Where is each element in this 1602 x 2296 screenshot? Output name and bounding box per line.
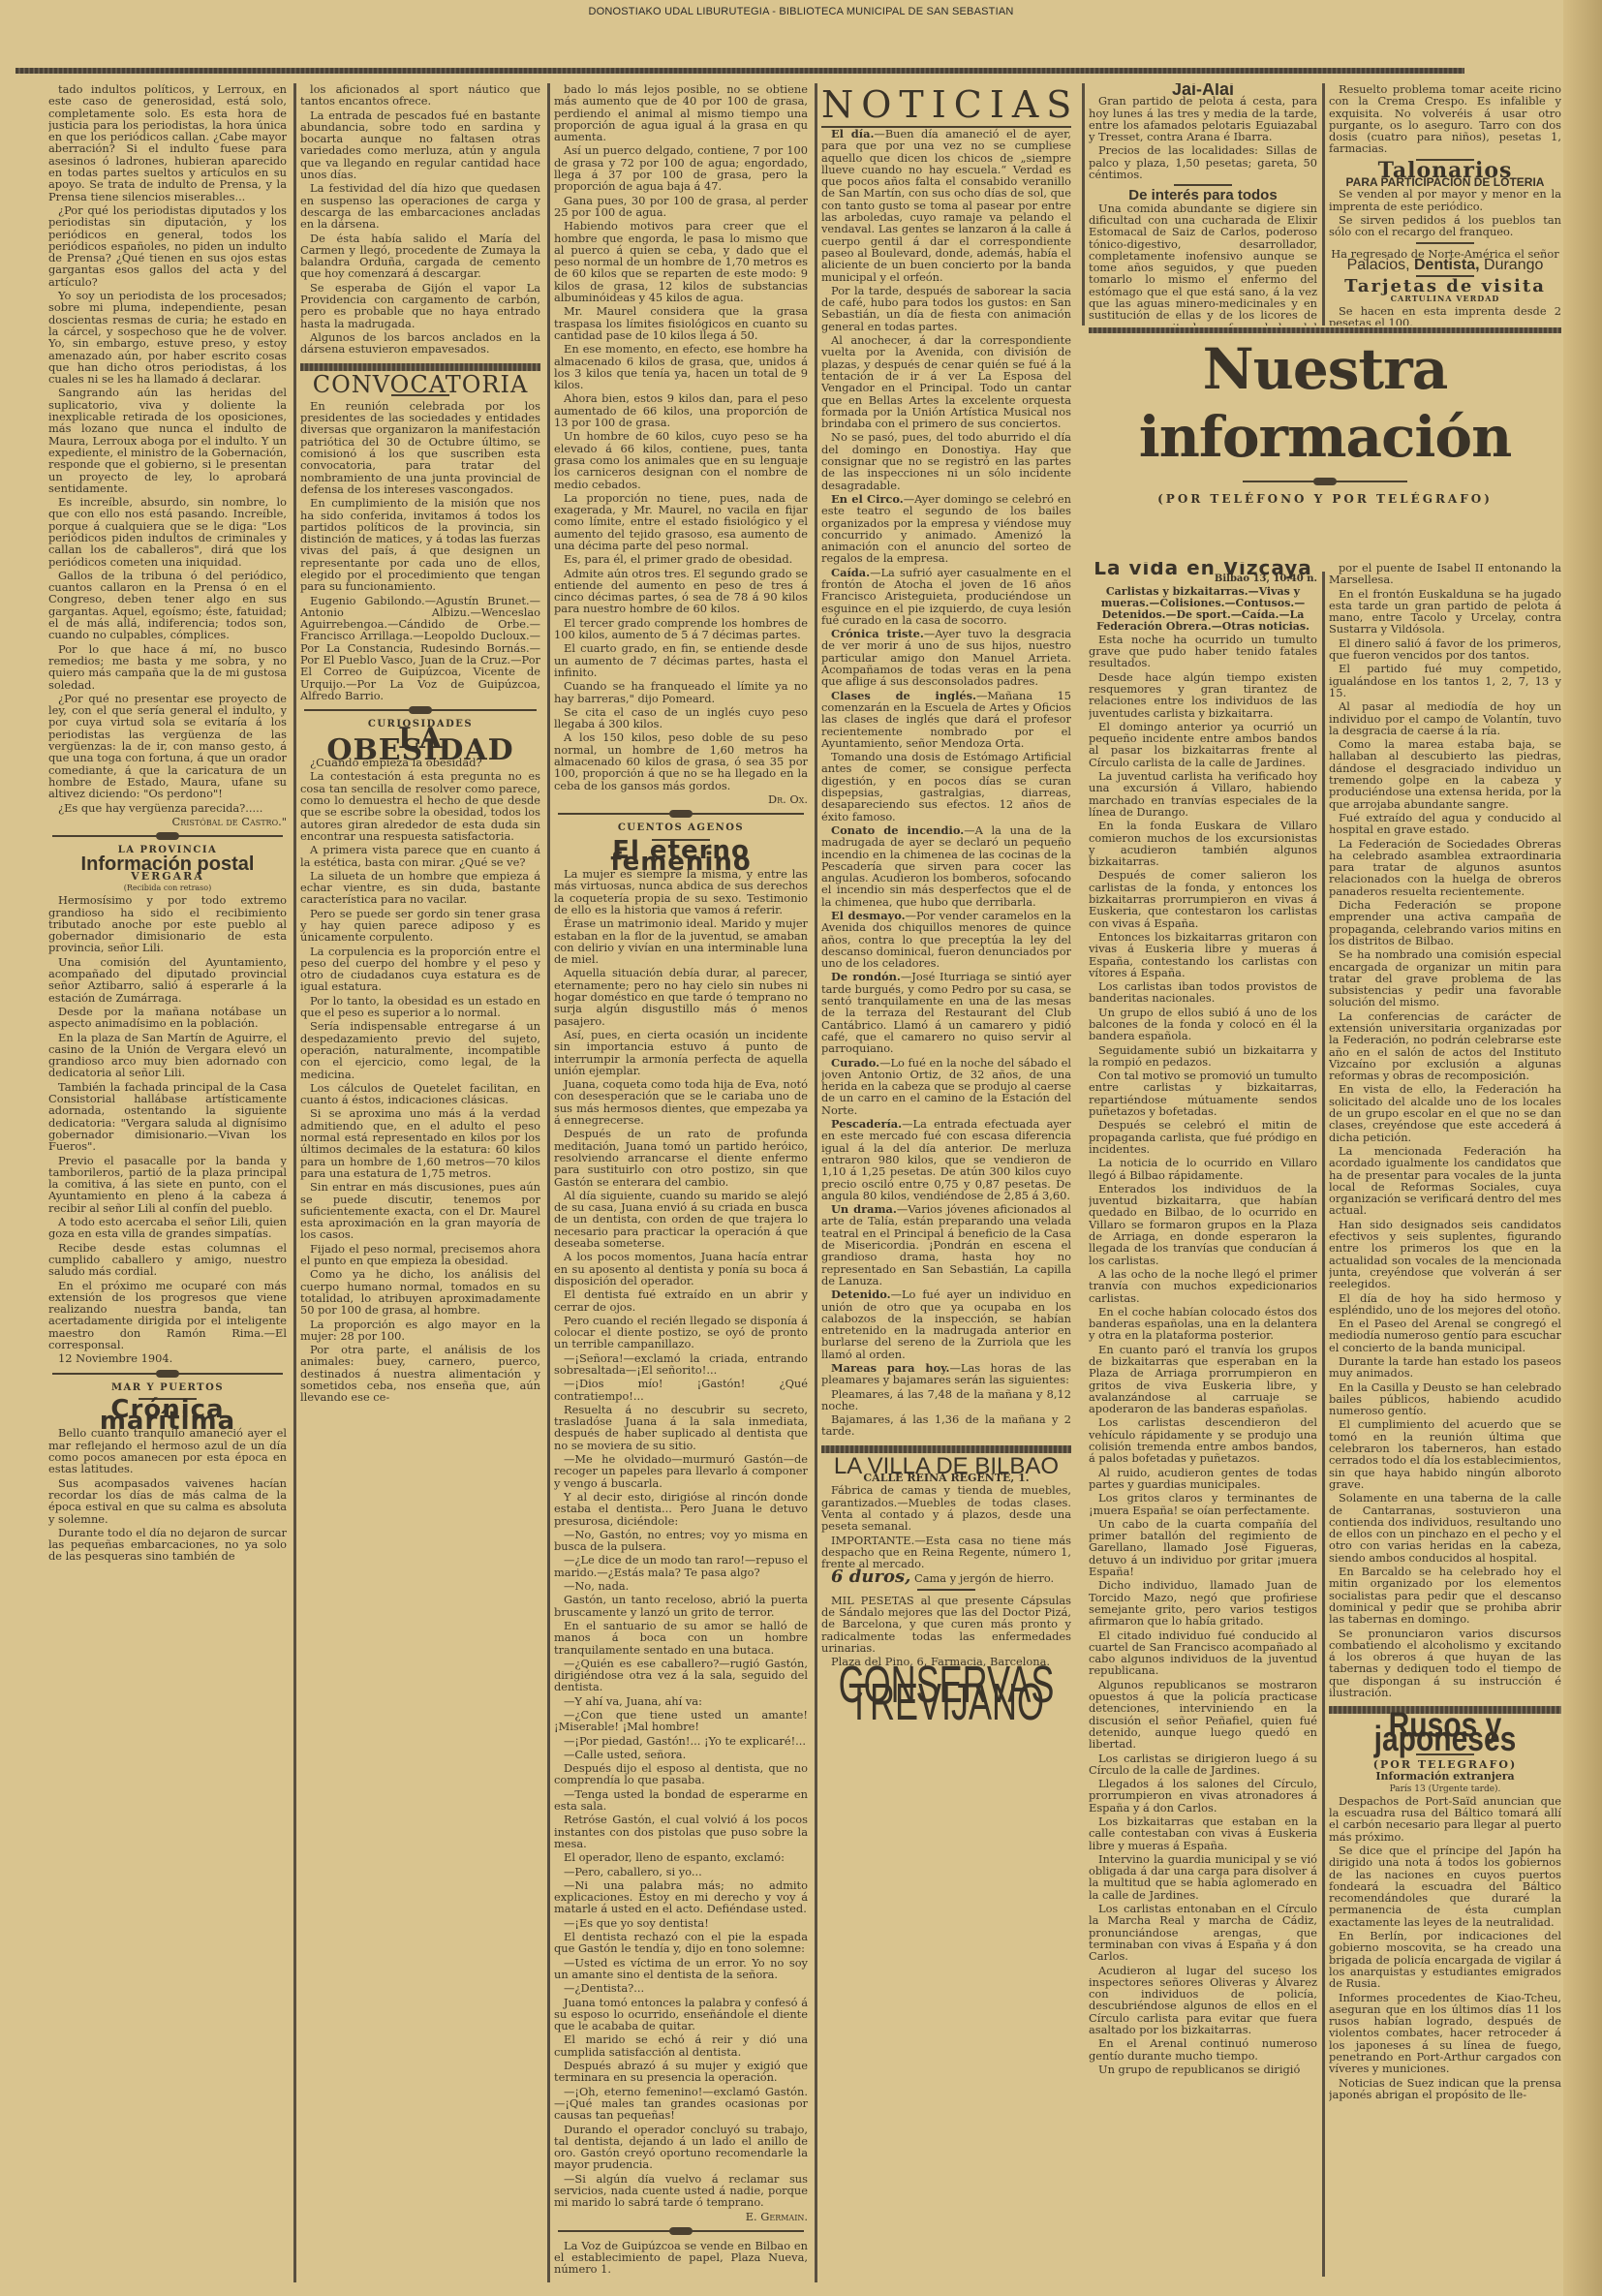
column-1: tado indultos políticos, y Lerroux, en e…	[48, 83, 287, 2282]
vizcaya-article: Esta noche ha ocurrido un tumulto grave …	[1089, 634, 1317, 2075]
paragraph: Es increíble, absurdo, sin nombre, lo qu…	[48, 496, 287, 568]
news-item: Caída.—La sufrió ayer casualmente en el …	[821, 567, 1071, 626]
paragraph: La festividad del día hizo que quedasen …	[300, 182, 540, 230]
news-item-text: Por la tarde, después de saborear la sac…	[821, 284, 1071, 333]
dentista-name: Palacios,	[1347, 257, 1410, 273]
paragraph: El cumplimiento del acuerdo que se tomó …	[1329, 1418, 1561, 1490]
paragraph: —¿Le dice de un modo tan raro!—repuso el…	[554, 1554, 808, 1578]
column-rule	[547, 83, 550, 2282]
obesidad-article: ¿Cuando empieza la obesidad?La contestac…	[300, 757, 540, 1403]
cuentos-title: El eterno femenino	[554, 845, 808, 869]
paragraph: En el Arenal continuó numeroso gentío du…	[1089, 2037, 1317, 2062]
pesetas-ad: MIL PESETAS al que presente Cápsulas de …	[821, 1595, 1071, 1654]
paragraph: Sus acompasados vaivenes hacían recordar…	[48, 1477, 287, 1525]
paragraph: Gana pues, 30 por 100 de grasa, al perde…	[554, 195, 808, 219]
news-item: Por la tarde, después de saborear la sac…	[821, 285, 1071, 332]
crema-ad: Resuelto problema tomar aceite ricino co…	[1329, 83, 1561, 155]
paragraph: —¿Con que tiene usted un amante! ¡Misera…	[554, 1709, 808, 1733]
paragraph: La mencionada Federación ha acordado igu…	[1329, 1145, 1561, 1217]
paragraph: Después dijo el esposo al dentista, que …	[554, 1762, 808, 1786]
paragraph: Es, para él, el primer grado de obesidad…	[554, 553, 808, 565]
noticias-title: NOTICIAS	[821, 83, 1071, 128]
paragraph: Los bizkaitarras que estaban en la calle…	[1089, 1815, 1317, 1851]
paragraph: Así un puerco delgado, contiene, 7 por 1…	[554, 144, 808, 192]
top-rule	[15, 68, 1464, 74]
masthead-rule	[1089, 327, 1561, 333]
paragraph: La noticia de lo ocurrido en Villaro lle…	[1089, 1157, 1317, 1181]
news-item: Un drama.—Varios jóvenes aficionados al …	[821, 1203, 1071, 1287]
thick-rule	[821, 1445, 1071, 1453]
ornament-rule	[558, 813, 804, 815]
news-item-text: —Varios jóvenes aficionados al arte de T…	[821, 1202, 1071, 1288]
paragraph: Con tal motivo se promovió un tumulto en…	[1089, 1070, 1317, 1117]
news-item: El desmayo.—Por vender caramelos en la A…	[821, 910, 1071, 969]
short-rule	[917, 1589, 975, 1591]
article-signature: Cristóbal de Castro."	[48, 816, 287, 827]
paragraph: Intervino la guardia municipal y se vió …	[1089, 1853, 1317, 1901]
paragraph: Los carlistas entonaban en el Círculo la…	[1089, 1903, 1317, 1962]
convocatoria-title: CONVOCATORIA	[300, 379, 540, 390]
masthead-subtitle: (POR TELÉFONO Y POR TELÉGRAFO)	[1089, 492, 1561, 506]
ornament-rule	[304, 709, 537, 711]
paragraph: En el santuario de su amor se halló de m…	[554, 1620, 808, 1656]
paragraph: Sin entrar en más discusiones, pues aún …	[300, 1181, 540, 1240]
paragraph: Los carlistas se dirigieron luego á su C…	[1089, 1753, 1317, 1777]
ornament-rule	[558, 2230, 804, 2232]
maritime-article: Bello cuanto tranquilo amaneció ayer el …	[48, 1427, 287, 1562]
paragraph: Aquella situación debía durar, al parece…	[554, 967, 808, 1026]
paragraph: Después de comer salieron los carlistas …	[1089, 869, 1317, 928]
news-item-text: —Buen día amaneció el de ayer, para que …	[821, 127, 1071, 284]
paragraph: Cuando se ha franqueado el límite ya no …	[554, 680, 808, 704]
paragraph: —No, nada.	[554, 1580, 808, 1592]
column-rule	[1322, 83, 1325, 326]
paragraph: por el puente de Isabel II entonando la …	[1329, 562, 1561, 586]
paragraph: Pero se puede ser gordo sin tener grasa …	[300, 908, 540, 944]
paragraph: Durando el operador concluyó su trabajo,…	[554, 2124, 808, 2171]
column-rule	[293, 83, 296, 2282]
paragraph: —Y ahí va, Juana, ahí va:	[554, 1695, 808, 1707]
paragraph: El dinero salió á favor de los primeros,…	[1329, 637, 1561, 662]
column-5: Jai-Alai Gran partido de pelota á cesta,…	[1089, 83, 1317, 326]
section-title: Información postal	[48, 858, 287, 870]
postal-date: 12 Noviembre 1904.	[48, 1352, 287, 1364]
paragraph: Durante la tarde han estado los paseos m…	[1329, 1355, 1561, 1380]
paragraph: En cuanto paró el tranvía los grupos de …	[1089, 1344, 1317, 1415]
paragraph: Mr. Maurel considera que la grasa traspa…	[554, 305, 808, 341]
paragraph: En vista de ello, la Federación ha solic…	[1329, 1083, 1561, 1142]
ornament-rule	[52, 1373, 283, 1375]
paragraph: La juventud carlista ha verificado hoy u…	[1089, 770, 1317, 818]
paragraph: La entrada de pescados fué en bastante a…	[300, 109, 540, 181]
paragraph: ¿Es que hay vergüenza parecida?.....	[48, 802, 287, 814]
interes-title: De interés para todos	[1089, 190, 1317, 202]
postal-article: Hermosísimo y por todo extremo grandioso…	[48, 894, 287, 1350]
paragraph: Se esperaba de Gijón el vapor La Provide…	[300, 282, 540, 329]
paragraph: La silueta de un hombre que empieza á ec…	[300, 870, 540, 906]
paragraph: El dentista fué extraído en un abrir y c…	[554, 1288, 808, 1313]
article-signature: E. Germain.	[554, 2211, 808, 2222]
paragraph: Se pronunciaron varios discursos combati…	[1329, 1628, 1561, 1699]
paragraph: Se dice que el príncipe del Japón ha dir…	[1329, 1845, 1561, 1928]
news-item-text: —Ayer domingo se celebró en este teatro …	[821, 492, 1071, 565]
news-item: Clases de inglés.—Mañana 15 comenzarán e…	[821, 690, 1071, 749]
paragraph: Así, pues, en cierta ocasión un incident…	[554, 1029, 808, 1076]
paragraph: Un grupo de republicanos se dirigió	[1089, 2063, 1317, 2075]
paragraph: Un cabo de la cuarta compañía del primer…	[1089, 1518, 1317, 1577]
paragraph: El tercer grado comprende los hombres de…	[554, 617, 808, 641]
harbour-article: los aficionados al sport náutico que tan…	[300, 83, 540, 356]
news-item-text: —La entrada efectuada ayer en este merca…	[821, 1117, 1071, 1202]
column-3: bado lo más lejos posible, no se obtiene…	[554, 83, 808, 2282]
vizcaya-title: La vida en Vizcaya	[1089, 562, 1317, 574]
paragraph: Los carlistas iban todos provistos de ba…	[1089, 980, 1317, 1005]
paragraph: Y al decir esto, dirigióse al rincón don…	[554, 1491, 808, 1527]
paragraph: Seguidamente subió un bizkaitarra y la r…	[1089, 1044, 1317, 1069]
tarjetas-title: Tarjetas de visita	[1329, 281, 1561, 293]
paragraph: Durante todo el día no dejaron de surcar…	[48, 1527, 287, 1563]
tarjetas-text: Se hacen en esta imprenta desde 2 peseta…	[1329, 305, 1561, 326]
paragraph: En la fonda Euskara de Villaro comieron …	[1089, 820, 1317, 867]
paragraph: El marido se echó á reir y dió una cumpl…	[554, 2033, 808, 2058]
dentista-place: Durango	[1484, 257, 1543, 273]
paragraph: En cumplimiento de la misión que nos ha …	[300, 497, 540, 592]
paragraph: En el próximo me ocuparé con más extensi…	[48, 1280, 287, 1351]
paragraph: Eugenio Gabilondo.—Agustín Brunet.—Anton…	[300, 595, 540, 702]
library-watermark: DONOSTIAKO UDAL LIBURUTEGIA - BIBLIOTECA…	[0, 6, 1602, 17]
villa-bilbao-text: Fábrica de camas y tienda de muebles, ga…	[821, 1484, 1071, 1532]
article-signature: Dr. Ox.	[554, 793, 808, 805]
maritime-kicker: MAR Y PUERTOS	[48, 1382, 287, 1394]
page-edge	[1563, 0, 1602, 2296]
paragraph: La conferencias de carácter de extensión…	[1329, 1010, 1561, 1082]
paragraph: Dicho individuo, llamado Juan de Torcido…	[1089, 1579, 1317, 1627]
news-item-text: —Lo fué ayer un individuo en unión de ot…	[821, 1288, 1071, 1360]
paragraph: La contestación á esta pregunta no es co…	[300, 770, 540, 842]
paragraph: los aficionados al sport náutico que tan…	[300, 83, 540, 108]
paragraph: El día de hoy ha sido hermoso y espléndi…	[1329, 1292, 1561, 1317]
paragraph: bado lo más lejos posible, no se obtiene…	[554, 83, 808, 142]
villa-bilbao-price-text: Cama y jergón de hierro.	[914, 1571, 1054, 1585]
paragraph: Informes procedentes de Kiao-Tcheu, aseg…	[1329, 1992, 1561, 2075]
paragraph: Enterados los individuos de la juventud …	[1089, 1183, 1317, 1266]
villa-bilbao-price: 6 duros,	[831, 1567, 910, 1587]
news-item: El día.—Buen día amaneció el de ayer, pa…	[821, 128, 1071, 283]
news-item: Al anochecer, á dar la correspondiente v…	[821, 334, 1071, 429]
paragraph: También la fachada principal de la Casa …	[48, 1081, 287, 1153]
paragraph: En el Paseo del Arenal se congregó el me…	[1329, 1318, 1561, 1353]
column-7: La vida en Vizcaya Bilbao 13, 10.40 n. C…	[1089, 562, 1317, 2277]
paragraph: Recibe desde estas columnas el cumplido …	[48, 1242, 287, 1278]
paragraph: Fué extraído del agua y conducido al hos…	[1329, 812, 1561, 836]
paragraph: En reunión celebrada por los presidentes…	[300, 400, 540, 495]
masthead-title: Nuestra información	[1089, 335, 1561, 471]
paragraph: Llegados á los salones del Círculo, pror…	[1089, 1778, 1317, 1814]
ornament-rule	[52, 835, 283, 837]
paragraph: —¡Es que yo soy dentista!	[554, 1917, 808, 1929]
short-rule	[1174, 184, 1232, 186]
column-rule	[1082, 83, 1085, 326]
paragraph: La proporción no tiene, pues, nada de ex…	[554, 492, 808, 551]
news-item-text: Bajamares, á las 1,36 de la mañana y 2 t…	[821, 1412, 1071, 1438]
short-rule	[1416, 242, 1474, 244]
news-item: No se pasó, pues, del todo aburrido el d…	[821, 431, 1071, 490]
news-item-text: No se pasó, pues, del todo aburrido el d…	[821, 430, 1071, 491]
dentista-role: Dentista,	[1414, 257, 1480, 273]
paragraph: Un hombre de 60 kilos, cuyo peso se ha e…	[554, 430, 808, 489]
paragraph: Retróse Gastón, el cual volvió á los poc…	[554, 1814, 808, 1849]
paragraph: Despachos de Port-Saïd anuncian que la e…	[1329, 1795, 1561, 1843]
rusos-kicker: Información extranjera	[1329, 1771, 1561, 1783]
column-rule	[1322, 572, 1325, 2277]
obesidad-continued: bado lo más lejos posible, no se obtiene…	[554, 83, 808, 791]
news-item-text: Pleamares, á las 7,48 de la mañana y 8,1…	[821, 1387, 1071, 1412]
paragraph: tado indultos políticos, y Lerroux, en e…	[48, 83, 287, 202]
villa-bilbao-important: IMPORTANTE.—Esta casa no tiene más despa…	[821, 1535, 1071, 1570]
paragraph: Se cita el caso de un inglés cuyo peso l…	[554, 706, 808, 730]
paragraph: Por lo que hace á mí, no busco remedios;…	[48, 643, 287, 691]
paragraph: El dentista rechazó con el pie la espada…	[554, 1931, 808, 1955]
paragraph: ¿Por qué los periodistas diputados y los…	[48, 204, 287, 288]
paragraph: Yo soy un periodista de los procesados; …	[48, 290, 287, 385]
news-item-text: Tomando una dosis de Estómago Artificial…	[821, 750, 1071, 822]
paragraph: Al pasar al mediodía de hoy un individuo…	[1329, 700, 1561, 736]
paragraph: Previo el pasacalle por la banda y tambo…	[48, 1155, 287, 1214]
column-rule	[815, 83, 817, 2282]
rusos-dateline: París 13 (Urgente tarde).	[1329, 1784, 1561, 1795]
paragraph: —Ni una palabra más; no admito explicaci…	[554, 1879, 808, 1915]
column-4: NOTICIAS El día.—Buen día amaneció el de…	[821, 83, 1071, 2282]
column-2: los aficionados al sport náutico que tan…	[300, 83, 540, 2282]
paragraph: Érase un matrimonio ideal. Marido y muje…	[554, 917, 808, 965]
paragraph: —Me he olvidado—murmuró Gastón—de recoge…	[554, 1453, 808, 1489]
paragraph: Como ya he dicho, los análisis del cuerp…	[300, 1268, 540, 1316]
paragraph: Resuelta á no descubrir su secreto, tras…	[554, 1404, 808, 1451]
paragraph: Desde hace algún tiempo existen resquemo…	[1089, 671, 1317, 719]
convocatoria-article: En reunión celebrada por los presidentes…	[300, 400, 540, 701]
paragraph: —Usted es víctima de un error. Yo no soy…	[554, 1957, 808, 1981]
news-item: Tomando una dosis de Estómago Artificial…	[821, 751, 1071, 822]
paragraph: A los pocos momentos, Juana hacía entrar…	[554, 1251, 808, 1287]
paragraph: La mujer es siempre la misma, y entre la…	[554, 868, 808, 915]
paragraph: De ésta había salido el María del Carmen…	[300, 233, 540, 280]
masthead: Nuestra información (POR TELÉFONO Y POR …	[1089, 335, 1561, 506]
paragraph: Si se aproxima uno más á la verdad admit…	[300, 1107, 540, 1179]
paragraph: En la Casilla y Deusto se han celebrado …	[1329, 1381, 1561, 1417]
paragraph: Como la marea estaba baja, se hallaban a…	[1329, 738, 1561, 810]
paragraph: Entonces los bizkaitarras gritaron con v…	[1089, 931, 1317, 978]
paragraph: —¿Quién es ese caballero?—rugió Gastón, …	[554, 1658, 808, 1693]
talonarios-text-1: Se venden al por mayor y menor en la imp…	[1329, 188, 1561, 212]
cuentos-article: La mujer es siempre la misma, y entre la…	[554, 868, 808, 2208]
paragraph: Después abrazó á su mujer y exigió que t…	[554, 2060, 808, 2084]
paragraph: Una comisión del Ayuntamiento, acompañad…	[48, 956, 287, 1004]
paragraph: Dicha Federación se propone emprender un…	[1329, 899, 1561, 946]
news-item: Conato de incendio.—A la una de la madru…	[821, 824, 1071, 908]
news-item-text: —José Iturriaga se sintió ayer tarde bur…	[821, 970, 1071, 1055]
paragraph: La corpulencia es la proporción entre el…	[300, 946, 540, 993]
news-item: Crónica triste.—Ayer tuvo la desgracia d…	[821, 628, 1071, 687]
paragraph: Se ha nombrado una comisión especial enc…	[1329, 948, 1561, 1008]
rusos-title: Rusos y japoneses	[1329, 1720, 1561, 1749]
paragraph: Gallos de la tribuna ó del periódico, cu…	[48, 570, 287, 641]
paragraph: Han sido designados seis candidatos efec…	[1329, 1219, 1561, 1290]
paragraph: Juana tomó entonces la palabra y confesó…	[554, 1997, 808, 2032]
paragraph: En el frontón Euskalduna se ha jugado es…	[1329, 588, 1561, 636]
paragraph: Ahora bien, estos 9 kilos dan, para el p…	[554, 392, 808, 428]
jaialai-text: Gran partido de pelota á cesta, para hoy…	[1089, 95, 1317, 142]
maritime-title: Crónica marítima	[48, 1404, 287, 1428]
paragraph: Después se celebró el mitin de propagand…	[1089, 1119, 1317, 1155]
paragraph: Noticias de Suez indican que la prensa j…	[1329, 2077, 1561, 2101]
paragraph: Los carlistas descendieron del vehículo …	[1089, 1416, 1317, 1464]
paragraph: El partido fué muy competido, igualándos…	[1329, 663, 1561, 698]
interes-text: Una comida abundante se digiere sin difi…	[1089, 202, 1317, 326]
paragraph: La Federación de Sociedades Obreras ha c…	[1329, 838, 1561, 897]
column-8: por el puente de Isabel II entonando la …	[1329, 562, 1561, 2277]
paragraph: Acudieron al lugar del suceso los inspec…	[1089, 1965, 1317, 2036]
news-item-text: —A la una de la madrugada de ayer se dec…	[821, 823, 1071, 909]
indulto-article: tado indultos políticos, y Lerroux, en e…	[48, 83, 287, 814]
paragraph: Por lo tanto, la obesidad es un estado e…	[300, 995, 540, 1019]
vizcaya-continued: por el puente de Isabel II entonando la …	[1329, 562, 1561, 1698]
paragraph: Por otra parte, el análisis de los anima…	[300, 1344, 540, 1403]
paragraph: Desde por la mañana notábase un aspecto …	[48, 1006, 287, 1030]
paragraph: A todo esto acercaba el señor Lili, quie…	[48, 1216, 287, 1240]
paragraph: En el coche habían colocado éstos dos ba…	[1089, 1306, 1317, 1342]
paragraph: En Barcaldo se ha celebrado hoy el mitin…	[1329, 1566, 1561, 1625]
paragraph: El operador, lleno de espanto, exclamó:	[554, 1851, 808, 1863]
noticias-list: El día.—Buen día amaneció el de ayer, pa…	[821, 128, 1071, 1438]
paragraph: —Si algún día vuelvo á reclamar sus serv…	[554, 2173, 808, 2209]
paragraph: Juana, coqueta como toda hija de Eva, no…	[554, 1078, 808, 1126]
news-item: Curado.—Lo fué en la noche del sábado el…	[821, 1057, 1071, 1116]
paragraph: Los cálculos de Quetelet facilitan, en c…	[300, 1082, 540, 1106]
news-item: Mareas para hoy.—Las horas de las pleama…	[821, 1362, 1071, 1386]
conservas-ad: CONSERVAS TREVIJANO	[821, 1675, 1071, 1711]
ornament-rule	[1243, 481, 1407, 482]
paragraph: Pero cuando el recién llegado se disponí…	[554, 1315, 808, 1350]
paragraph: Algunos republicanos se mostraron opuest…	[1089, 1679, 1317, 1751]
paragraph: Solamente en una taberna de la calle de …	[1329, 1492, 1561, 1564]
news-item: De rondón.—José Iturriaga se sintió ayer…	[821, 971, 1071, 1054]
paragraph: Al ruido, acudieron gentes de todas part…	[1089, 1467, 1317, 1491]
paragraph: —Pero, caballero, si yo...	[554, 1866, 808, 1877]
paragraph: Después de un rato de profunda meditació…	[554, 1128, 808, 1187]
news-item: Pleamares, á las 7,48 de la mañana y 8,1…	[821, 1388, 1071, 1412]
rusos-article: Despachos de Port-Saïd anuncian que la e…	[1329, 1795, 1561, 2100]
paragraph: A las ocho de la noche llegó el primer t…	[1089, 1268, 1317, 1304]
paragraph: El citado individuo fué conducido al cua…	[1089, 1629, 1317, 1677]
paragraph: En Berlín, por indicaciones del gobierno…	[1329, 1930, 1561, 1989]
distribution-notice: La Voz de Guipúzcoa se vende en Bilbao e…	[554, 2240, 808, 2276]
cuentos-kicker: CUENTOS AGENOS	[554, 822, 808, 834]
news-item: Detenido.—Lo fué ayer un individuo en un…	[821, 1288, 1071, 1360]
paragraph: Fijado el peso normal, precisemos ahora …	[300, 1243, 540, 1267]
paragraph: —¿Dentista?...	[554, 1982, 808, 1994]
paragraph: Los gritos claros y terminantes de ¡muer…	[1089, 1492, 1317, 1516]
paragraph: —Tenga usted la bondad de esperarme en e…	[554, 1788, 808, 1813]
talonarios-text-2: Se sirven pedidos á los pueblos tan sólo…	[1329, 214, 1561, 238]
paragraph: Al día siguiente, cuando su marido se al…	[554, 1190, 808, 1249]
news-item: Bajamares, á las 1,36 de la mañana y 2 t…	[821, 1413, 1071, 1438]
paragraph: La proporción es algo mayor en la mujer:…	[300, 1319, 540, 1343]
thick-rule	[300, 363, 540, 371]
column-6: Resuelto problema tomar aceite ricino co…	[1329, 83, 1561, 326]
paragraph: Un grupo de ellos subió á uno de los bal…	[1089, 1007, 1317, 1042]
paragraph: A primera vista parece que en cuanto á l…	[300, 844, 540, 868]
paragraph: Hermosísimo y por todo extremo grandioso…	[48, 894, 287, 953]
paragraph: —Calle usted, señora.	[554, 1749, 808, 1760]
news-item: Pescadería.—La entrada efectuada ayer en…	[821, 1118, 1071, 1201]
paragraph: ¿Por qué no presentar ese proyecto de le…	[48, 693, 287, 800]
vizcaya-summary: Carlistas y bizkaitarras.—Vivas y mueras…	[1089, 586, 1317, 634]
paragraph: Esta noche ha ocurrido un tumulto grave …	[1089, 634, 1317, 669]
paragraph: Sería indispensable entregarse á un desp…	[300, 1020, 540, 1079]
paragraph: —¡Dios mío! ¡Gastón! ¿Qué contratiempo!.…	[554, 1378, 808, 1402]
paragraph: Habiendo motivos para creer que el hombr…	[554, 220, 808, 303]
jaialai-prices: Precios de las localidades: Sillas de pa…	[1089, 144, 1317, 180]
paragraph: Gastón, un tanto receloso, abrió la puer…	[554, 1594, 808, 1618]
paragraph: En ese momento, en efecto, ese hombre ha…	[554, 343, 808, 390]
paragraph: En la plaza de San Martín de Aguirre, el…	[48, 1032, 287, 1079]
paragraph: El domingo anterior ya ocurrió un pequeñ…	[1089, 721, 1317, 768]
obesidad-title: LA OBESIDAD	[300, 733, 540, 758]
paragraph: A los 150 kilos, peso doble de su peso n…	[554, 731, 808, 791]
news-item-text: Al anochecer, á dar la correspondiente v…	[821, 333, 1071, 430]
paragraph: —¡Oh, eterno femenino!—exclamó Gastón.—¡…	[554, 2086, 808, 2122]
paragraph: Bello cuanto tranquilo amaneció ayer el …	[48, 1427, 287, 1474]
paragraph: —¡Señora!—exclamó la criada, entrando so…	[554, 1352, 808, 1377]
news-item: En el Circo.—Ayer domingo se celebró en …	[821, 493, 1071, 565]
paragraph: Algunos de los barcos anclados en la dár…	[300, 331, 540, 356]
paragraph: —¡Por piedad, Gastón!... ¡Yo te explicar…	[554, 1735, 808, 1747]
paragraph: Admite aún otros tres. El segundo grado …	[554, 568, 808, 615]
paragraph: El cuarto grado, en fin, se entiende des…	[554, 642, 808, 678]
paragraph: Sangrando aún las heridas del suplicator…	[48, 387, 287, 494]
paragraph: —No, Gastón, no entres; voy yo misma en …	[554, 1529, 808, 1553]
